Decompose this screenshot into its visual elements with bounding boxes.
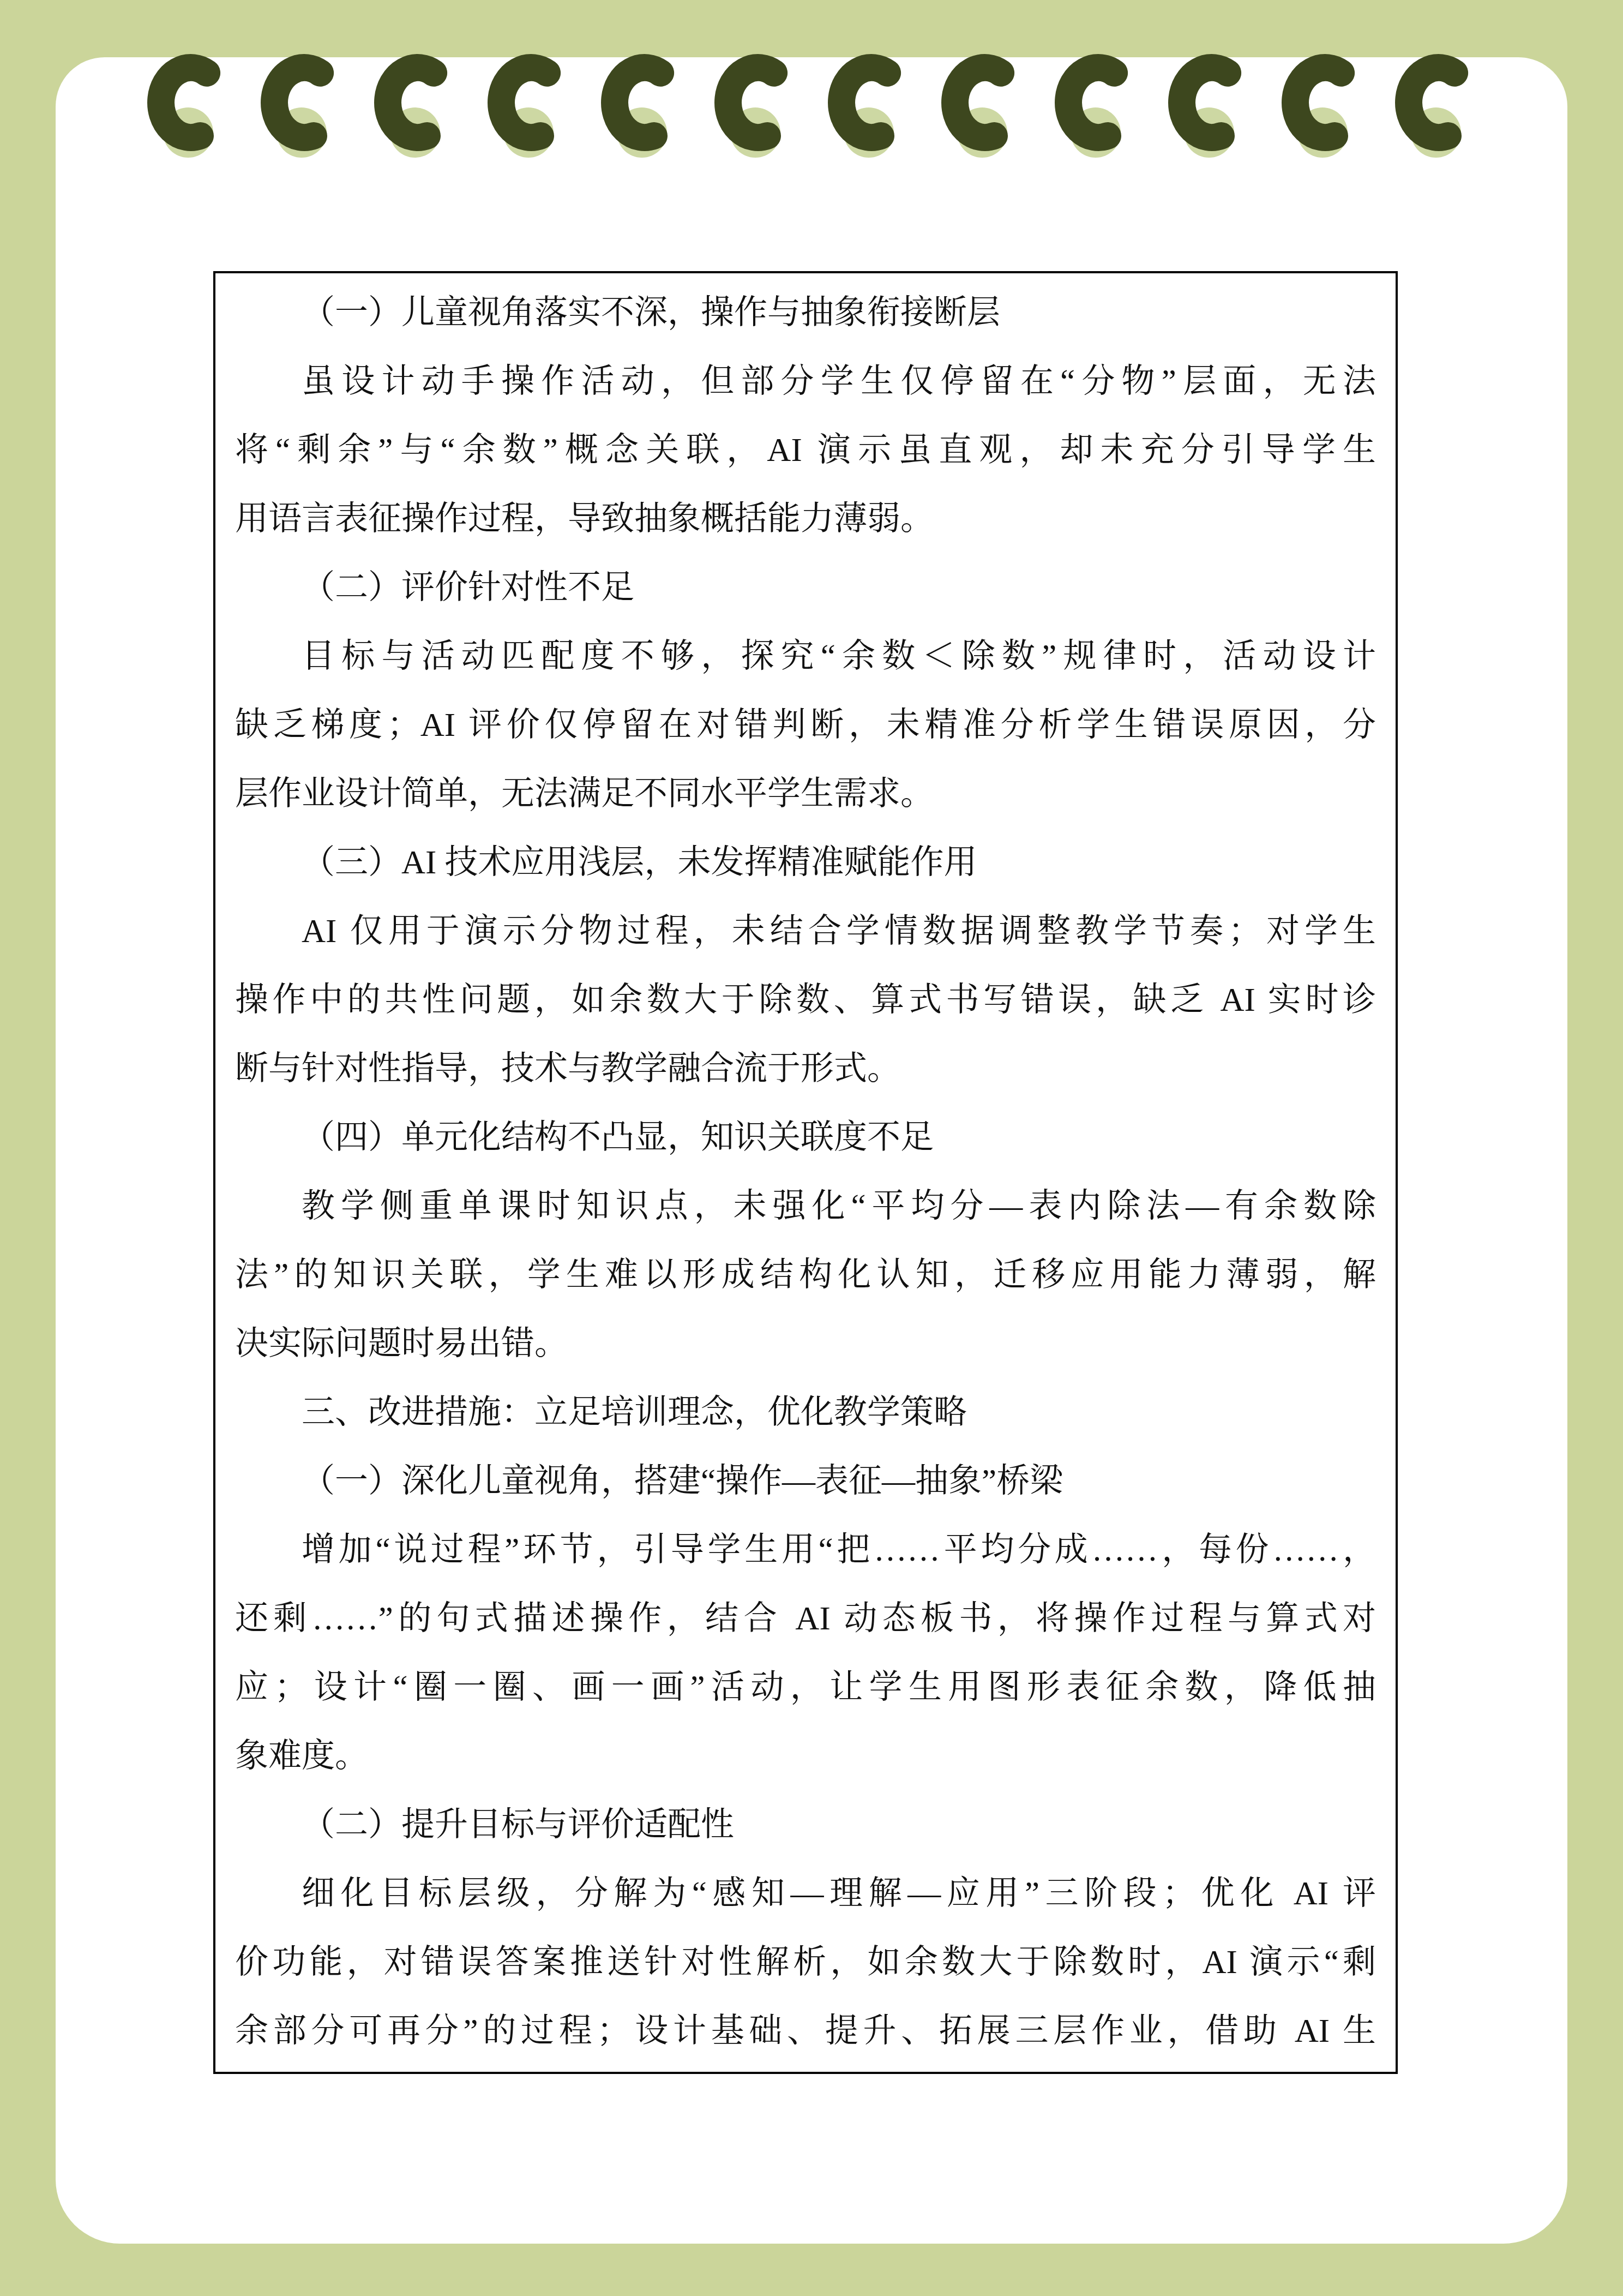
text-line: （二）评价针对性不足 [235,554,1376,622]
text-line: （三）AI 技术应用浅层，未发挥精准赋能作用 [235,829,1376,897]
text-line: 还剩……”的句式描述操作，结合 AI 动态板书，将操作过程与算式对 [235,1585,1376,1653]
wire-ring [1182,68,1228,137]
spiral-ring-icon [1279,26,1372,163]
text-line: 教学侧重单课时知识点，未强化“平均分—表内除法—有余数除 [235,1172,1376,1241]
text-line: 细化目标层级，分解为“感知—理解—应用”三阶段；优化 AI 评 [235,1860,1376,1928]
text-line: 象难度。 [235,1722,1376,1791]
spiral-binding [0,0,1623,164]
spiral-ring-icon [145,26,237,163]
text-line: 价功能，对错误答案推送针对性解析，如余数大于除数时，AI 演示“剩 [235,1928,1376,1997]
text-line: 将“剩余”与“余数”概念关联，AI 演示虽直观，却未充分引导学生 [235,416,1376,485]
wire-ring [728,68,774,137]
text-line: 三、改进措施：立足培训理念，优化教学策略 [235,1378,1376,1447]
wire-ring [1409,68,1454,137]
text-line: 决实际问题时易出错。 [235,1310,1376,1378]
text-line: 应；设计“圈一圈、画一画”活动，让学生用图形表征余数，降低抽 [235,1653,1376,1722]
text-line: 虽设计动手操作活动，但部分学生仅停留在“分物”层面，无法 [235,347,1376,416]
spiral-ring-icon [1165,26,1258,163]
spiral-ring-icon [258,26,351,163]
text-line: （四）单元化结构不凸显，知识关联度不足 [235,1104,1376,1172]
wire-ring [501,68,547,137]
page-background: （一）儿童视角落实不深，操作与抽象衔接断层虽设计动手操作活动，但部分学生仅停留在… [0,0,1623,2296]
spiral-ring-icon [371,26,464,163]
text-line: 断与针对性指导，技术与教学融合流于形式。 [235,1035,1376,1104]
wire-ring [1295,68,1341,137]
wire-ring [615,68,660,137]
text-line: 用语言表征操作过程，导致抽象概括能力薄弱。 [235,485,1376,554]
wire-ring [955,68,1001,137]
wire-ring [388,68,434,137]
wire-ring [161,68,207,137]
text-line: 增加“说过程”环节，引导学生用“把……平均分成……，每份……， [235,1516,1376,1585]
text-line: 层作业设计简单，无法满足不同水平学生需求。 [235,760,1376,829]
text-line: AI 仅用于演示分物过程，未结合学情数据调整教学节奏；对学生 [235,897,1376,966]
text-line: （二）提升目标与评价适配性 [235,1791,1376,1860]
spiral-ring-icon [485,26,578,163]
wire-ring [274,68,320,137]
wire-ring [841,68,887,137]
text-box: （一）儿童视角落实不深，操作与抽象衔接断层虽设计动手操作活动，但部分学生仅停留在… [213,271,1398,2074]
spiral-ring-icon [712,26,804,163]
spiral-ring-icon [825,26,918,163]
spiral-ring-icon [1052,26,1145,163]
spiral-ring-icon [1392,26,1485,163]
text-line: 目标与活动匹配度不够，探究“余数＜除数”规律时，活动设计 [235,622,1376,691]
text-line: 操作中的共性问题，如余数大于除数、算式书写错误，缺乏 AI 实时诊 [235,966,1376,1035]
text-line: （一）儿童视角落实不深，操作与抽象衔接断层 [235,279,1376,347]
text-line: 缺乏梯度；AI 评价仅停留在对错判断，未精准分析学生错误原因，分 [235,691,1376,760]
spiral-ring-icon [939,26,1031,163]
text-line: 余部分可再分”的过程；设计基础、提升、拓展三层作业，借助 AI 生 [235,1997,1376,2066]
text-line: （一）深化儿童视角，搭建“操作—表征—抽象”桥梁 [235,1447,1376,1516]
spiral-ring-icon [598,26,691,163]
text-line: 法”的知识关联，学生难以形成结构化认知，迁移应用能力薄弱，解 [235,1241,1376,1310]
wire-ring [1068,68,1114,137]
